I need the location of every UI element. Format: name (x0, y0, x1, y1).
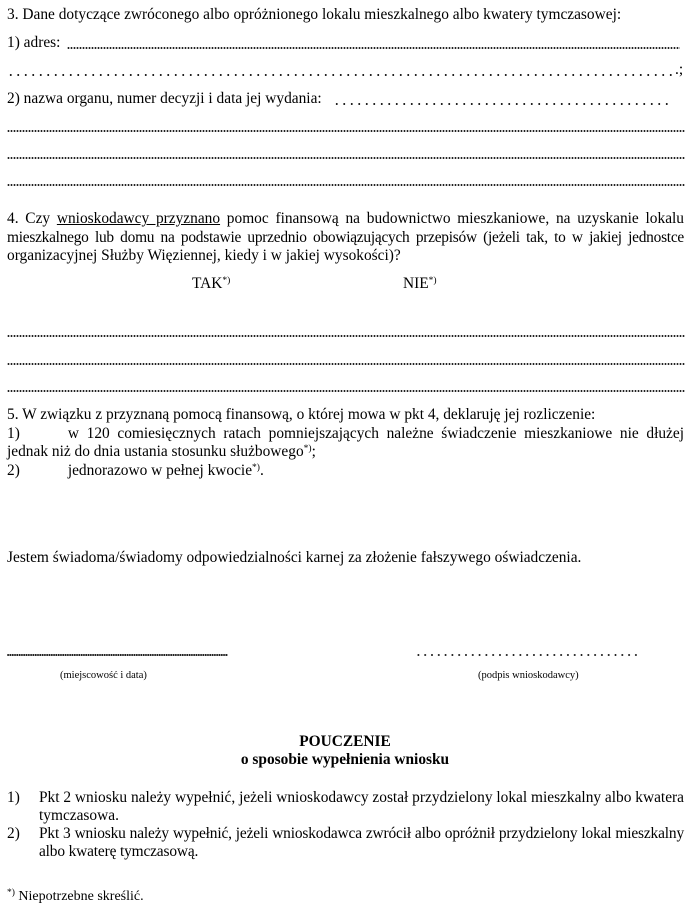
address-field-line-1[interactable] (67, 47, 680, 49)
option-no[interactable]: NIE*) (403, 275, 437, 293)
signature-caption: (podpis wnioskodawcy) (478, 670, 579, 681)
place-date-field[interactable] (7, 654, 228, 656)
declaration-text: Jestem świadoma/świadomy odpowiedzialnoś… (7, 549, 581, 567)
address-label: 1) adres: (7, 34, 60, 52)
section-4-line-3: organizacyjnej Służby Więziennej, kiedy … (7, 247, 684, 266)
instruction-item-1: 1) Pkt 2 wniosku należy wypełnić, jeżeli… (7, 789, 684, 825)
option-yes[interactable]: TAK*) (192, 275, 230, 293)
section-5-title: 5. W związku z przyznaną pomocą finansow… (7, 406, 684, 425)
footnote-mark: *) (222, 276, 230, 286)
instructions-title: POUCZENIE (0, 733, 690, 751)
section-4-answer-line-2[interactable] (7, 363, 685, 365)
address-field-line-2[interactable] (7, 74, 675, 76)
section-5-item-2: 2)jednorazowo w pełnej kwocie*). (7, 462, 684, 481)
instructions-subtitle: o sposobie wypełnienia wniosku (0, 751, 690, 769)
section-4-answer-line-3[interactable] (7, 390, 685, 392)
section-5-item-1-cont: jednak niż do dnia ustania stosunku służ… (7, 443, 684, 462)
address-field-end: .; (675, 61, 683, 79)
authority-decision-line-2[interactable] (7, 130, 685, 132)
authority-decision-line-3[interactable] (7, 157, 685, 159)
section-5-item-1: 1)w 120 comiesięcznych ratach pomniejsza… (7, 425, 684, 444)
place-date-caption: (miejscowość i data) (60, 670, 147, 681)
section-4-answer-line-1[interactable] (7, 335, 685, 337)
signature-field[interactable] (415, 654, 637, 656)
section-4-line-2: mieszkalnego lub domu na podstawie uprze… (7, 229, 684, 248)
section-4-question: 4. Czy wnioskodawcy przyznano pomoc fina… (7, 210, 684, 266)
section-3-title: 3. Dane dotyczące zwróconego albo opróżn… (7, 6, 621, 24)
footnote-mark: *) (7, 888, 15, 898)
instruction-item-2: 2) Pkt 3 wniosku należy wypełnić, jeżeli… (7, 825, 684, 861)
section-4-line-1: 4. Czy wnioskodawcy przyznano pomoc fina… (7, 210, 684, 229)
footnote: *) Niepotrzebne skreślić. (7, 889, 144, 905)
underlined-phrase: wnioskodawcy przyznano (57, 210, 220, 227)
footnote-mark: *) (429, 276, 437, 286)
section-5: 5. W związku z przyznaną pomocą finansow… (7, 406, 684, 480)
authority-decision-field[interactable] (333, 103, 673, 105)
authority-decision-line-4[interactable] (7, 184, 685, 186)
authority-decision-label: 2) nazwa organu, numer decyzji i data je… (7, 90, 322, 108)
